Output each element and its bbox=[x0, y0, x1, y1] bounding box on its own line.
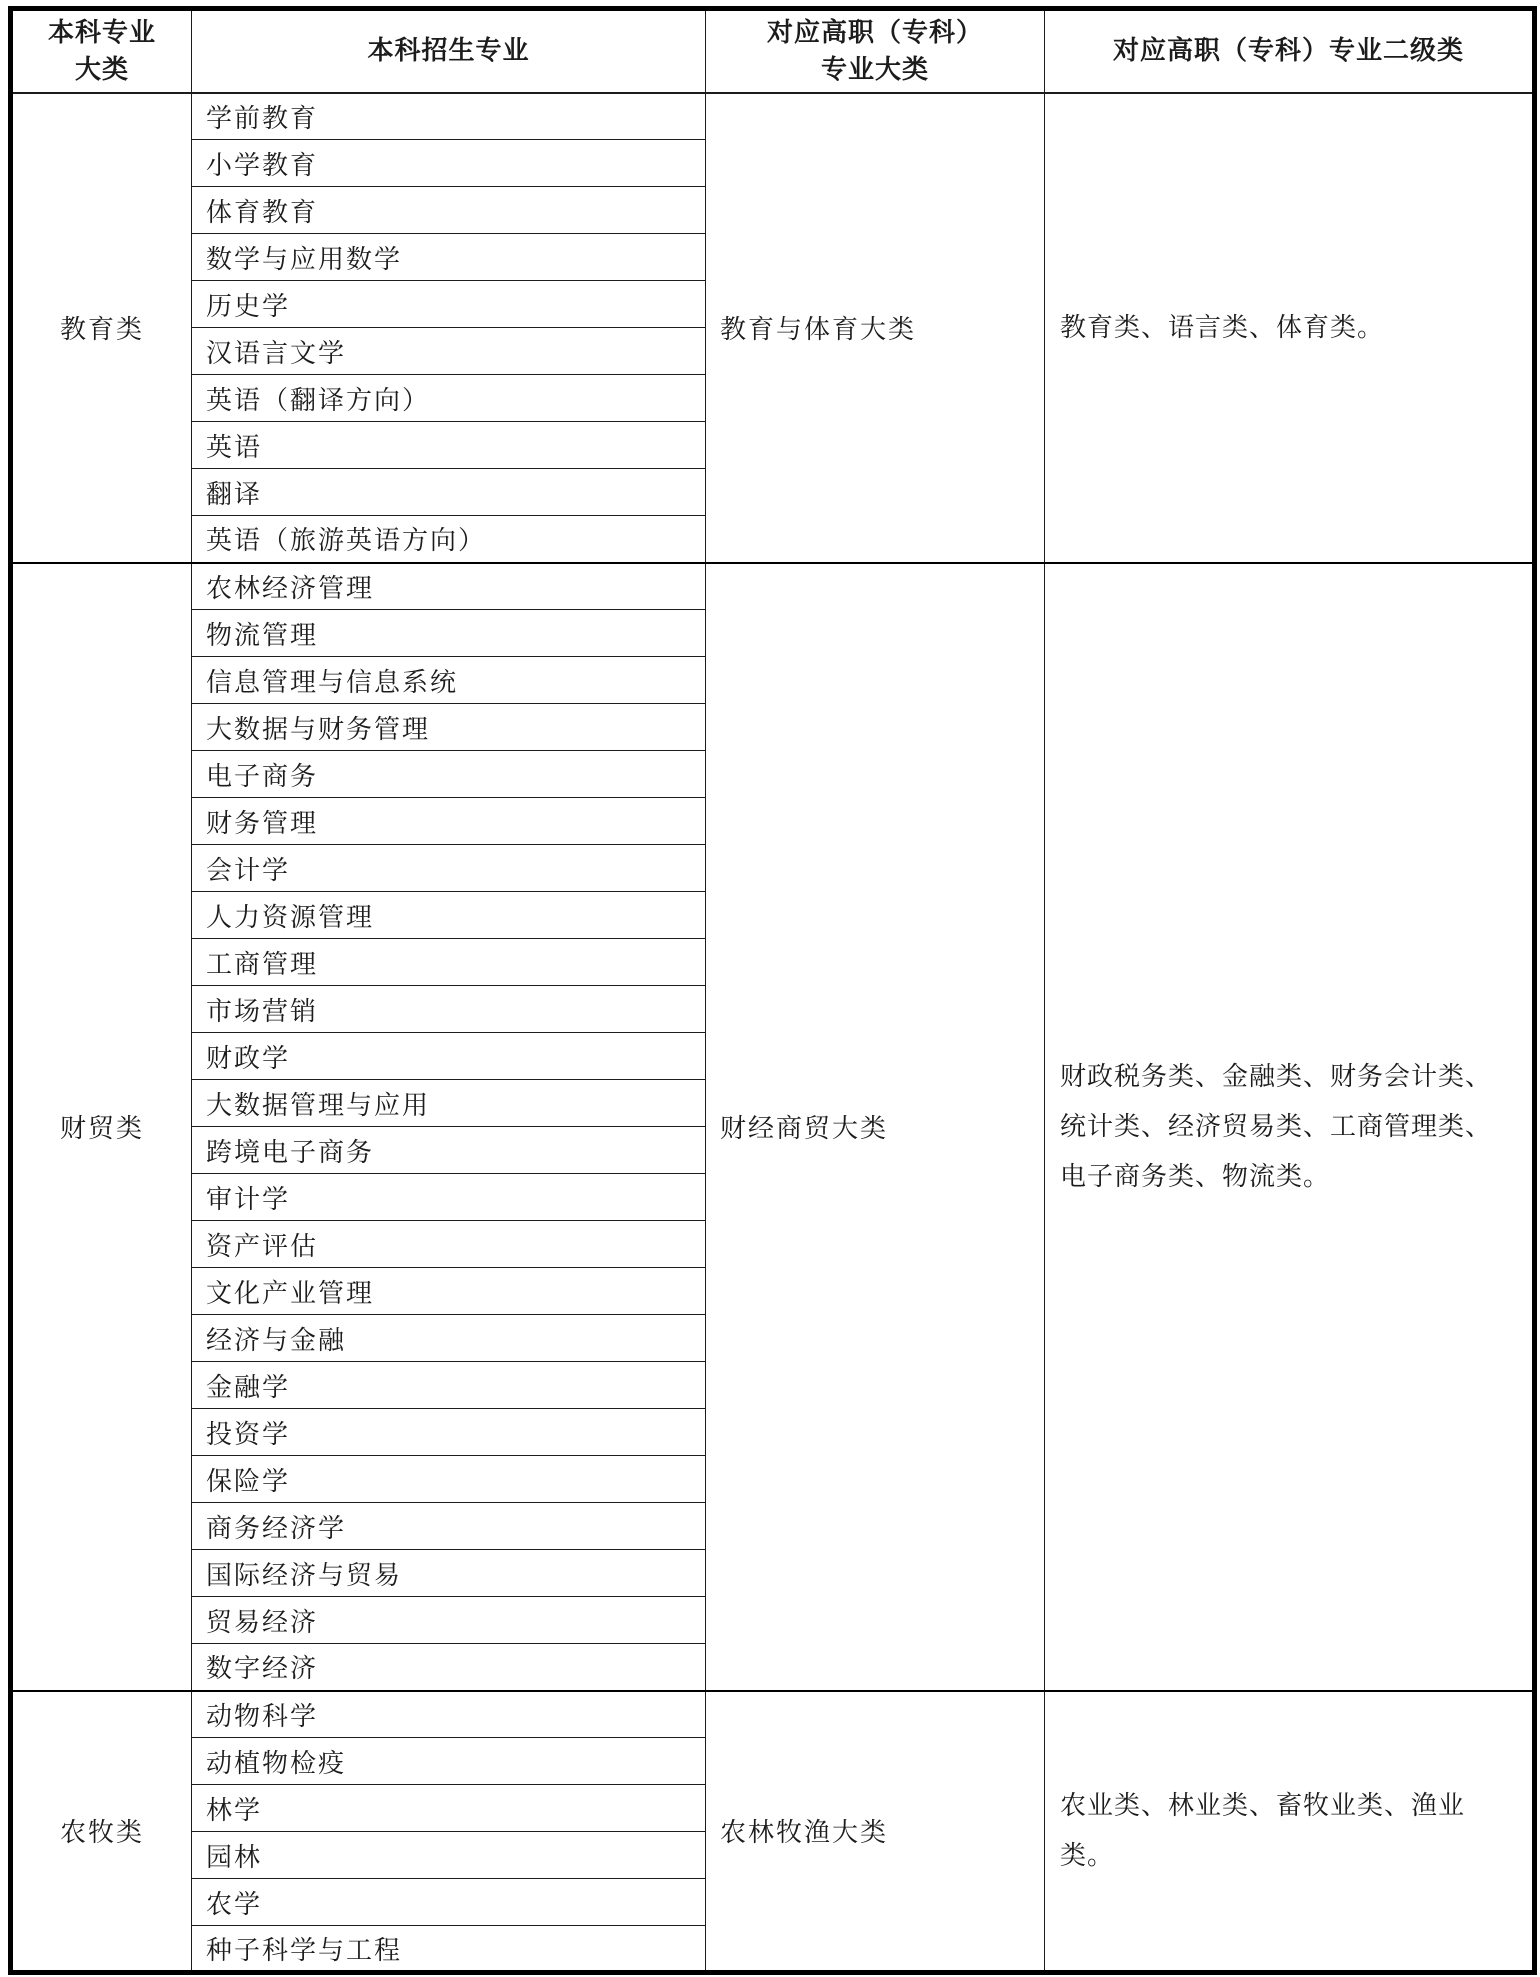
category-cell: 教育类 bbox=[11, 93, 192, 563]
table-header: 本科专业 大类 本科招生专业 对应高职（专科） 专业大类 对应高职（专科）专业二… bbox=[11, 9, 1535, 93]
table-row: 农牧类动物科学农林牧渔大类农业类、林业类、畜牧业类、渔业 类。 bbox=[11, 1691, 1535, 1738]
major-cell: 数学与应用数学 bbox=[192, 234, 706, 281]
secondary-categories-cell: 教育类、语言类、体育类。 bbox=[1045, 93, 1535, 563]
major-cell: 英语（旅游英语方向） bbox=[192, 516, 706, 563]
table-row: 财贸类农林经济管理财经商贸大类财政税务类、金融类、财务会计类、 统计类、经济贸易… bbox=[11, 563, 1535, 610]
major-cell: 林学 bbox=[192, 1785, 706, 1832]
majors-mapping-table: 本科专业 大类 本科招生专业 对应高职（专科） 专业大类 对应高职（专科）专业二… bbox=[8, 6, 1537, 1975]
major-cell: 物流管理 bbox=[192, 610, 706, 657]
category-cell: 财贸类 bbox=[11, 563, 192, 1691]
major-cell: 文化产业管理 bbox=[192, 1268, 706, 1315]
major-cell: 历史学 bbox=[192, 281, 706, 328]
major-cell: 学前教育 bbox=[192, 93, 706, 140]
major-cell: 翻译 bbox=[192, 469, 706, 516]
header-row: 本科专业 大类 本科招生专业 对应高职（专科） 专业大类 对应高职（专科）专业二… bbox=[11, 9, 1535, 93]
major-cell: 审计学 bbox=[192, 1174, 706, 1221]
header-undergrad-majors: 本科招生专业 bbox=[192, 9, 706, 93]
major-cell: 种子科学与工程 bbox=[192, 1926, 706, 1973]
category-cell: 农牧类 bbox=[11, 1691, 192, 1973]
major-cell: 会计学 bbox=[192, 845, 706, 892]
major-cell: 金融学 bbox=[192, 1362, 706, 1409]
major-cell: 英语 bbox=[192, 422, 706, 469]
major-cell: 资产评估 bbox=[192, 1221, 706, 1268]
header-undergrad-category: 本科专业 大类 bbox=[11, 9, 192, 93]
vocational-category-cell: 财经商贸大类 bbox=[706, 563, 1045, 1691]
major-cell: 汉语言文学 bbox=[192, 328, 706, 375]
major-cell: 工商管理 bbox=[192, 939, 706, 986]
major-cell: 动物科学 bbox=[192, 1691, 706, 1738]
major-cell: 电子商务 bbox=[192, 751, 706, 798]
major-cell: 大数据管理与应用 bbox=[192, 1080, 706, 1127]
major-cell: 市场营销 bbox=[192, 986, 706, 1033]
major-cell: 财政学 bbox=[192, 1033, 706, 1080]
major-cell: 数字经济 bbox=[192, 1644, 706, 1691]
major-cell: 商务经济学 bbox=[192, 1503, 706, 1550]
major-cell: 信息管理与信息系统 bbox=[192, 657, 706, 704]
secondary-categories-cell: 农业类、林业类、畜牧业类、渔业 类。 bbox=[1045, 1691, 1535, 1973]
header-vocational-secondary: 对应高职（专科）专业二级类 bbox=[1045, 9, 1535, 93]
table-row: 教育类学前教育教育与体育大类教育类、语言类、体育类。 bbox=[11, 93, 1535, 140]
major-cell: 国际经济与贸易 bbox=[192, 1550, 706, 1597]
header-vocational-category: 对应高职（专科） 专业大类 bbox=[706, 9, 1045, 93]
table-body: 教育类学前教育教育与体育大类教育类、语言类、体育类。小学教育体育教育数学与应用数… bbox=[11, 93, 1535, 1973]
major-cell: 贸易经济 bbox=[192, 1597, 706, 1644]
major-cell: 跨境电子商务 bbox=[192, 1127, 706, 1174]
major-cell: 小学教育 bbox=[192, 140, 706, 187]
major-cell: 大数据与财务管理 bbox=[192, 704, 706, 751]
major-cell: 园林 bbox=[192, 1832, 706, 1879]
major-cell: 财务管理 bbox=[192, 798, 706, 845]
major-cell: 人力资源管理 bbox=[192, 892, 706, 939]
major-cell: 经济与金融 bbox=[192, 1315, 706, 1362]
major-cell: 保险学 bbox=[192, 1456, 706, 1503]
vocational-category-cell: 农林牧渔大类 bbox=[706, 1691, 1045, 1973]
document-page: { "table": { "headers": [ "本科专业\n大类", "本… bbox=[0, 0, 1540, 1977]
major-cell: 投资学 bbox=[192, 1409, 706, 1456]
vocational-category-cell: 教育与体育大类 bbox=[706, 93, 1045, 563]
major-cell: 农林经济管理 bbox=[192, 563, 706, 610]
major-cell: 农学 bbox=[192, 1879, 706, 1926]
major-cell: 体育教育 bbox=[192, 187, 706, 234]
major-cell: 英语（翻译方向） bbox=[192, 375, 706, 422]
major-cell: 动植物检疫 bbox=[192, 1738, 706, 1785]
secondary-categories-cell: 财政税务类、金融类、财务会计类、 统计类、经济贸易类、工商管理类、 电子商务类、… bbox=[1045, 563, 1535, 1691]
